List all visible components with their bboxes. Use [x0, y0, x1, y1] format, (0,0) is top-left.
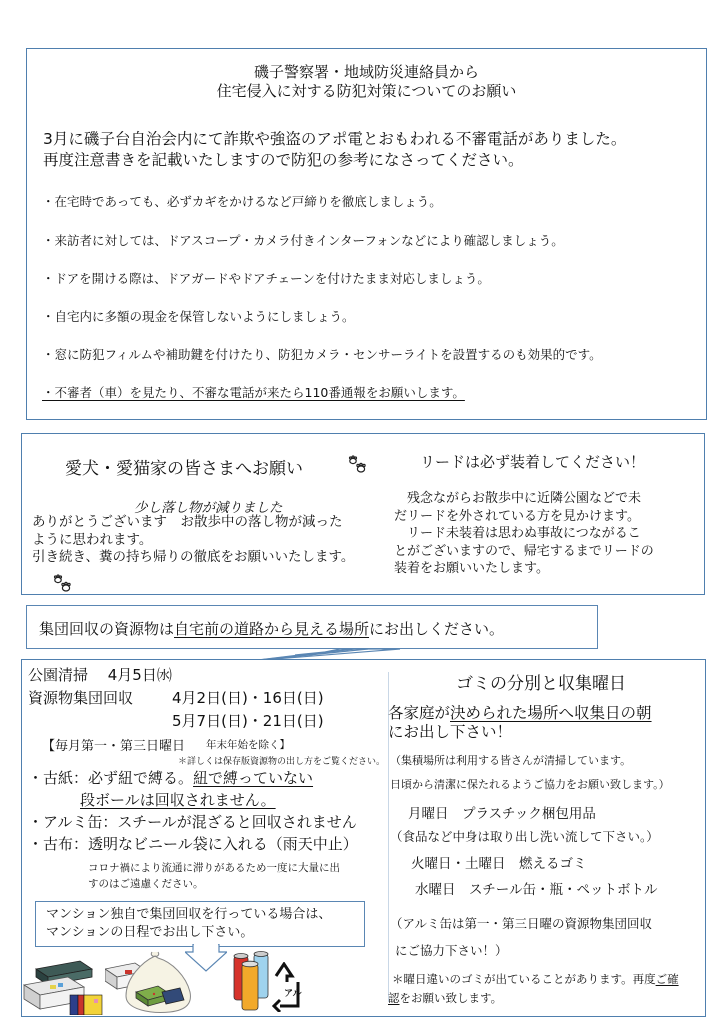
notice-intro-line1: 3月に磯子台自治会内にて詐欺や強盗のアポ電とおもわれる不審電話がありました。	[43, 127, 626, 149]
callout-prefix: 集団回収の資源物は	[39, 620, 174, 638]
pet-notice-title: 愛犬・愛猫家の皆さまへお願い	[65, 454, 303, 479]
corona-note-line1: コロナ禍により流通に滞りがあるため一度に大量に出	[88, 860, 340, 876]
resource-collection-dates-1: 4月2日(日)・16日(日)	[172, 687, 324, 708]
text-line: 残念ながらお散歩中に近隣公園などで未	[394, 490, 696, 508]
collection-location-callout: 集団回収の資源物は自宅前の道路から見える場所にお出しください。	[26, 605, 598, 649]
notice-title-line1: 磯子警察署・地域防災連絡員から	[27, 61, 706, 82]
instruction-emphasis: 決められた場所へ収集日の朝	[450, 704, 652, 722]
callout-suffix: にお出しください。	[369, 620, 504, 638]
text-line: ありがとうございます お散歩中の落し物が減った	[32, 514, 392, 532]
schedule-wednesday: 水曜日 スチール缶・瓶・ペットボトル	[415, 878, 657, 898]
schedule-aluminum-note-2: にご協力下さい！）	[395, 941, 508, 959]
clothes-bag-icon	[122, 948, 194, 1016]
pet-owner-notice: 愛犬・愛猫家の皆さまへお願い 少し落し物が減りました ありがとうございます お散…	[21, 433, 705, 595]
paw-print-icon	[52, 573, 74, 595]
text-line: リード未装着は思わぬ事故につながるこ	[394, 525, 696, 543]
rule-paper: ・古紙：必ず紐で縛る。紐で縛っていない	[28, 767, 313, 788]
text-line: 引き続き、糞の持ち帰りの徹底をお願いいたします。	[32, 549, 392, 567]
aluminum-cans-icon	[232, 950, 272, 1012]
bullet-item: ・窓に防犯フィルムや補助鍵を付けたり、防犯カメラ・センサーライトを設置するのも効…	[42, 345, 602, 363]
rule-paper-cont: 段ボールは回収されません。	[80, 789, 276, 810]
schedule-aluminum-note: （アルミ缶は第一・第三日曜の資源物集団回収	[390, 914, 652, 932]
garbage-title: ゴミの分別と収集曜日	[456, 669, 626, 694]
footer-emphasis-2: 認	[388, 991, 400, 1005]
pet-notice-subtitle: 少し落し物が減りました	[134, 496, 283, 516]
text-line: マンションの日程でお出し下さい。	[46, 924, 331, 942]
bullet-item: ・来訪者に対しては、ドアスコープ・カメラ付きインターフォンなどにより確認しましょ…	[42, 231, 564, 249]
footer-suffix: をお願い致します。	[400, 991, 503, 1005]
garbage-instruction-line2: にお出し下さい！	[388, 723, 512, 742]
callout-text: 集団回収の資源物は自宅前の道路から見える場所にお出しください。	[39, 618, 504, 639]
footer-prefix: ＊曜日違いのゴミが出ていることがあります。再度	[392, 972, 656, 986]
schedule-tue-sat: 火曜日・土曜日 燃えるゴミ	[411, 852, 587, 872]
rule-paper-prefix: ・古紙：必ず紐で縛る。	[28, 769, 193, 787]
garbage-note-line1: （集積場所は利用する皆さんが清掃しています。	[390, 752, 631, 768]
instruction-prefix: 各家庭が	[388, 704, 450, 722]
paw-print-icon	[347, 454, 369, 476]
notice-intro-line2: 再度注意書きを記載いたしますので防犯の参考になさってください。	[43, 148, 524, 170]
text-line: とがございますので、帰宅するまでリードの	[394, 543, 696, 561]
rule-paper-emphasis: 紐で縛っていない	[193, 769, 313, 787]
rule-cloth: ・古布：透明なビニール袋に入れる（雨天中止）	[28, 833, 358, 854]
aluminum-recycle-mark-icon: アルミ	[272, 962, 302, 1012]
newspaper-bundle-icon	[22, 955, 107, 1015]
resource-collection-label: 資源物集団回収	[28, 687, 133, 708]
schedule-exception: 年末年始を除く】	[206, 737, 290, 752]
corona-note-line2: すのはご遠慮ください。	[88, 876, 204, 892]
schedule-monday-note: （食品など中身は取り出し洗い流して下さい。）	[390, 827, 659, 845]
pet-notice-body-left: ありがとうございます お散歩中の落し物が減った ように思われます。 引き続き、糞…	[32, 514, 392, 567]
bullet-item: ・在宅時であっても、必ずカギをかけるなど戸締りを徹底しましょう。	[42, 192, 442, 210]
park-cleaning-date: 公園清掃 4月5日㈬	[28, 664, 172, 685]
rule-paper-emphasis-2: 段ボールは回収されません。	[80, 791, 276, 809]
svg-text:アルミ: アルミ	[284, 989, 302, 999]
callout-emphasis: 自宅前の道路から見える場所	[174, 620, 369, 638]
text-line: マンション独自で集団回収を行っている場合は、	[46, 906, 331, 924]
schedule-rule: 【毎月第一・第三日曜日	[42, 735, 185, 754]
crime-prevention-notice: 磯子警察署・地域防災連絡員から 住宅侵入に対する防犯対策についてのお願い 3月に…	[26, 48, 707, 420]
detail-note: ＊詳しくは保存版資源物の出し方をご覧ください。	[178, 754, 385, 767]
bullet-item: ・自宅内に多額の現金を保管しないようにしましょう。	[42, 307, 355, 325]
notice-title-line2: 住宅侵入に対する防犯対策についてのお願い	[27, 80, 706, 101]
rule-aluminum: ・アルミ缶：スチールが混ざると回収されません	[28, 811, 357, 832]
footer-emphasis: ご確	[656, 972, 679, 986]
garbage-note-line2: 日頃から清潔に保たれるようご協力をお願い致します。）	[390, 776, 670, 792]
garbage-footer-line1: ＊曜日違いのゴミが出ていることがあります。再度ご確	[392, 970, 679, 989]
mansion-callout-text: マンション独自で集団回収を行っている場合は、 マンションの日程でお出し下さい。	[46, 906, 331, 942]
mansion-callout: マンション独自で集団回収を行っている場合は、 マンションの日程でお出し下さい。	[35, 901, 365, 947]
resource-collection-dates-2: 5月7日(日)・21日(日)	[172, 710, 324, 731]
bullet-item-emergency: ・不審者（車）を見たり、不審な電話が来たら110番通報をお願いします。	[42, 383, 465, 401]
bullet-item: ・ドアを開ける際は、ドアガードやドアチェーンを付けたまま対応しましょう。	[42, 269, 490, 287]
text-line: だリードを外されている方を見かけます。	[394, 508, 696, 526]
text-line: 装着をお願いいたします。	[394, 560, 696, 578]
leash-notice-body: 残念ながらお散歩中に近隣公園などで未 だリードを外されている方を見かけます。 リ…	[394, 490, 696, 578]
text-line: ように思われます。	[32, 532, 392, 550]
schedule-monday: 月曜日 プラスチック梱包用品	[408, 802, 596, 822]
leash-notice-title: リードは必ず装着してください！	[420, 451, 645, 472]
garbage-instruction: 各家庭が決められた場所へ収集日の朝	[388, 704, 652, 723]
garbage-footer-line2: 認をお願い致します。	[388, 989, 502, 1008]
